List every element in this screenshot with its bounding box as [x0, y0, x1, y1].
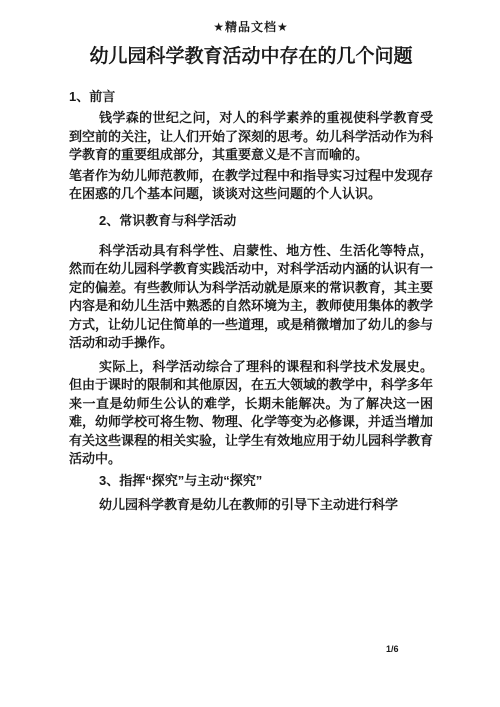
section-1-paragraph-2: 笔者作为幼儿师范教师，在教学过程中和指导实习过程中发现存在困惑的几个基本问题，谈…: [69, 167, 433, 204]
section-1-paragraph-1: 钱学森的世纪之问，对人的科学素养的重视使科学教育受到空前的关注，让人们开始了深刻…: [69, 109, 433, 165]
page-number: 1/6: [386, 644, 399, 654]
document-content: ★精品文档★ 幼儿园科学教育活动中存在的几个问题 1、前言 钱学森的世纪之问，对…: [69, 21, 433, 514]
section-2-heading: 2、常识教育与科学活动: [69, 214, 433, 228]
section-2-paragraph-1: 科学活动具有科学性、启蒙性、地方性、生活化等特点，然而在幼儿园科学教育实践活动中…: [69, 242, 433, 353]
section-3-heading: 3、指挥“探究”与主动“探究”: [69, 474, 433, 488]
section-3-paragraph-1: 幼儿园科学教育是幼儿在教师的引导下主动进行科学: [69, 496, 433, 515]
section-1-heading: 1、前言: [69, 90, 433, 104]
document-page: ★精品文档★ 幼儿园科学教育活动中存在的几个问题 1、前言 钱学森的世纪之问，对…: [0, 0, 500, 707]
document-title: 幼儿园科学教育活动中存在的几个问题: [69, 46, 433, 68]
section-2-paragraph-2: 实际上，科学活动综合了理科的课程和科学技术发展史。但由于课时的限制和其他原因，在…: [69, 358, 433, 469]
header-badge: ★精品文档★: [69, 21, 433, 34]
